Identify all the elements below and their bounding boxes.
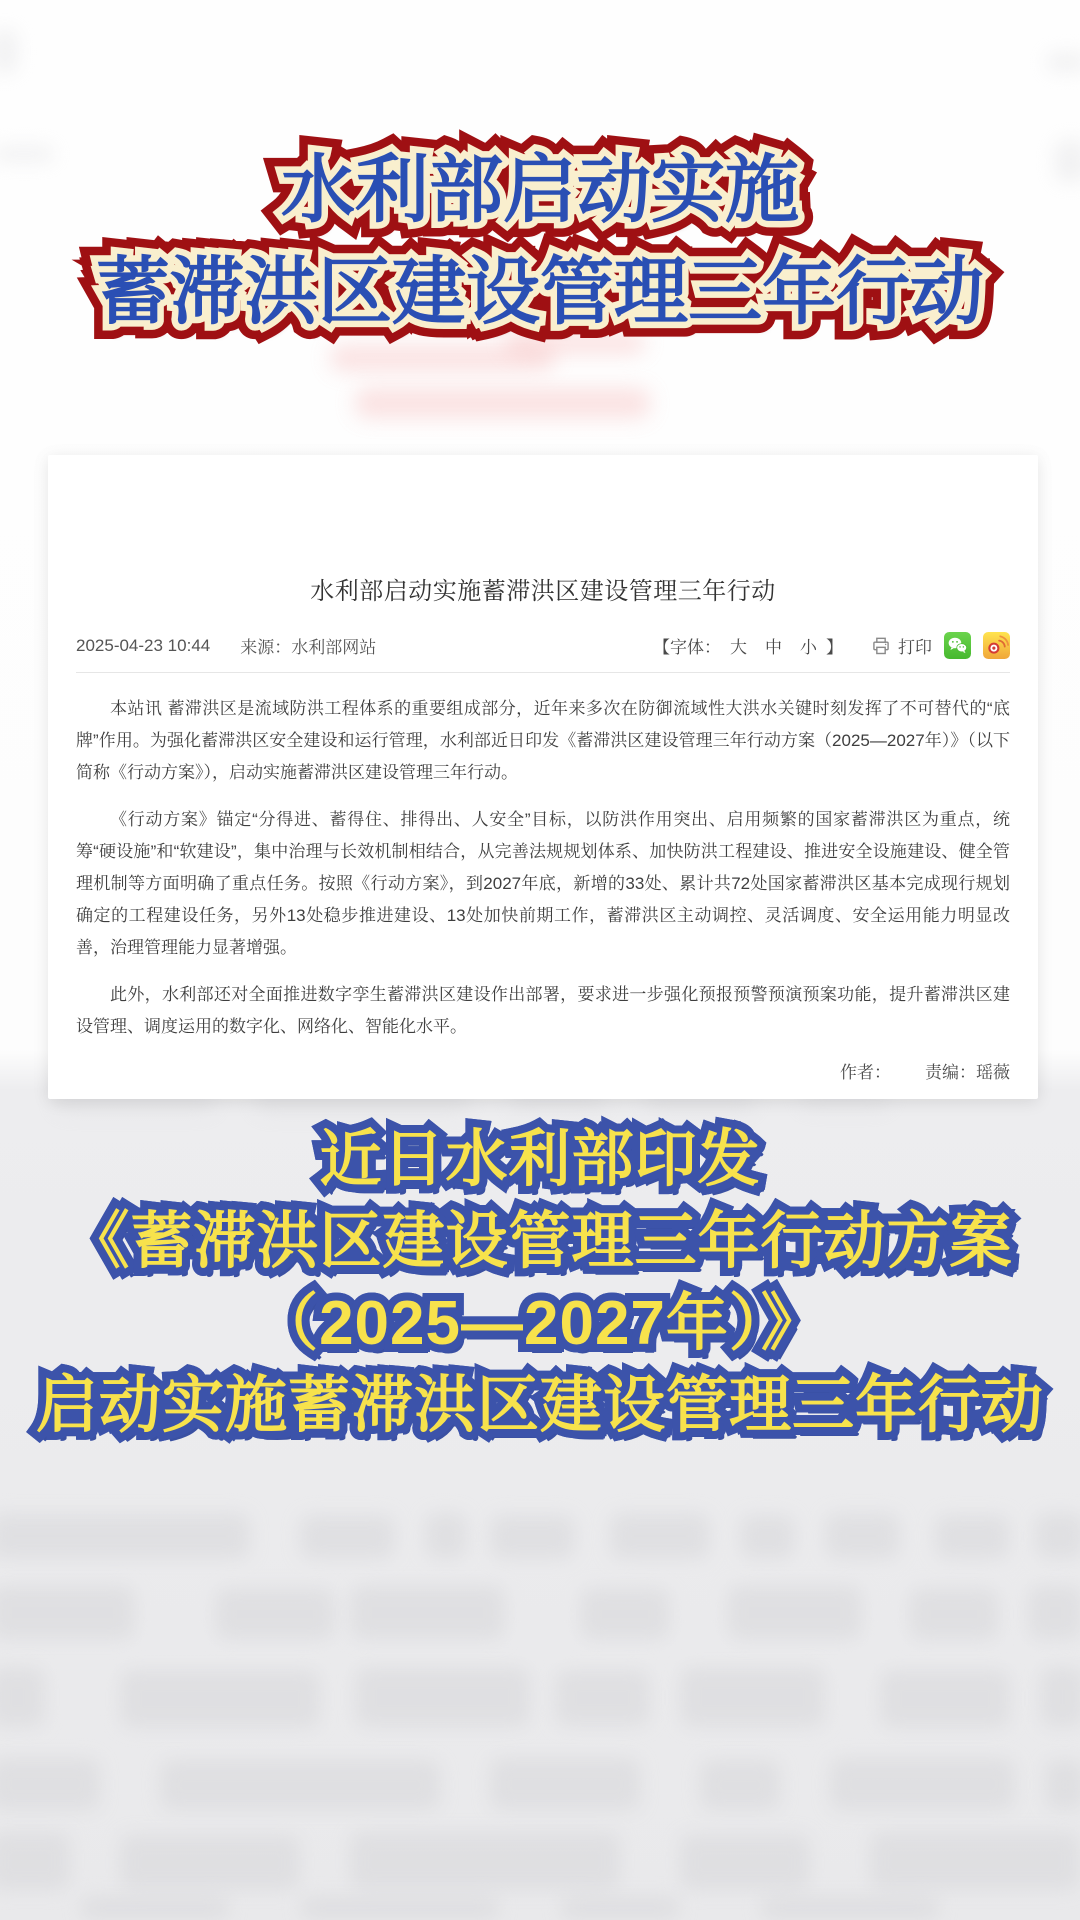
print-button[interactable]: 打印 <box>871 633 932 658</box>
blur-smudge <box>350 1585 505 1640</box>
bottom-banner-line1: 近日水利部印发 <box>319 1128 760 1192</box>
blur-smudge <box>300 1515 395 1559</box>
page: 水利部启动实施 蓄滞洪区建设管理三年行动 水利部启动实施蓄滞洪区建设管理三年行动… <box>0 0 1080 1920</box>
article-paragraph-3: 此外，水利部还对全面推进数字孪生蓄滞洪区建设作出部署，要求进一步强化预报预警预演… <box>76 979 1010 1043</box>
blur-smudge <box>700 1760 780 1810</box>
article-title: 水利部启动实施蓄滞洪区建设管理三年行动 <box>76 571 1010 606</box>
blur-smudge <box>120 1835 300 1890</box>
editor-label: 责编：瑶薇 <box>925 1058 1010 1083</box>
article-body: 本站讯 蓄滞洪区是流域防洪工程体系的重要组成部分，近年来多次在防御流域性大洪水关… <box>76 693 1010 1043</box>
bottom-banner-line3: （2025—2027年）》 <box>256 1292 824 1356</box>
blur-smudge <box>160 1760 440 1810</box>
blur-smudge <box>580 1588 670 1640</box>
blur-smudge <box>350 1832 620 1890</box>
blur-smudge <box>80 1896 230 1920</box>
bottom-banner-row4: 启动实施蓄滞洪区建设管理三年行动 <box>0 1374 1080 1438</box>
blur-smudge <box>0 1832 70 1890</box>
top-banner-line1: 水利部启动实施 <box>281 142 799 238</box>
font-size-large-button[interactable]: 大 <box>730 633 747 658</box>
bottom-banner-line4: 启动实施蓄滞洪区建设管理三年行动 <box>36 1374 1044 1438</box>
blur-smudge <box>935 1515 1010 1559</box>
blur-smudge <box>1035 1513 1080 1559</box>
blur-smudge <box>0 1758 100 1810</box>
weibo-share-icon[interactable] <box>983 632 1010 659</box>
top-banner: 水利部启动实施 蓄滞洪区建设管理三年行动 <box>0 142 1080 346</box>
blur-smudge <box>830 1758 1015 1810</box>
blur-smudge <box>555 1670 650 1726</box>
article-meta-bar: 2025-04-23 10:44 来源：水利部网站 【字体： 大 中 小 】 <box>76 632 1010 673</box>
article-source: 来源：水利部网站 <box>240 633 376 658</box>
blur-smudge <box>0 1667 45 1727</box>
blur-smudge <box>1028 1585 1080 1640</box>
publish-datetime: 2025-04-23 10:44 <box>76 636 210 656</box>
blur-smudge <box>760 1896 940 1920</box>
blur-smudge <box>870 1832 1080 1890</box>
blur-smudge <box>1045 1760 1080 1810</box>
blur-smudge <box>727 1585 862 1640</box>
print-label: 打印 <box>898 633 932 658</box>
font-size-label-open: 【字体： <box>653 633 721 658</box>
top-banner-line2: 蓄滞洪区建设管理三年行动 <box>96 244 984 340</box>
printer-icon <box>871 636 891 656</box>
font-size-small-button[interactable]: 小 <box>800 633 817 658</box>
wechat-share-icon[interactable] <box>944 632 971 659</box>
font-size-medium-button[interactable]: 中 <box>765 633 782 658</box>
author-label: 作者： <box>840 1058 891 1083</box>
blur-smudge <box>490 1515 575 1559</box>
blur-smudge-pink <box>355 388 650 418</box>
blur-smudge <box>0 28 18 74</box>
article-card: 水利部启动实施蓄滞洪区建设管理三年行动 2025-04-23 10:44 来源：… <box>48 455 1038 1099</box>
bottom-banner-row2: 《蓄滞洪区建设管理三年行动方案 <box>0 1210 1080 1274</box>
blur-smudge <box>680 1667 825 1727</box>
blur-smudge <box>560 1896 680 1920</box>
blur-smudge <box>120 1670 320 1728</box>
blur-smudge <box>490 1758 640 1810</box>
article-paragraph-1: 本站讯 蓄滞洪区是流域防洪工程体系的重要组成部分，近年来多次在防御流域性大洪水关… <box>76 693 1010 789</box>
blur-smudge <box>0 1513 250 1559</box>
blur-smudge <box>425 1513 467 1559</box>
blur-smudge <box>215 1588 335 1640</box>
author-row: 作者： 责编：瑶薇 <box>76 1058 1010 1083</box>
bottom-banner-row3: （2025—2027年）》 <box>0 1292 1080 1356</box>
article-paragraph-2: 《行动方案》锚定“分得进、蓄得住、排得出、人安全”目标，以防洪作用突出、启用频繁… <box>76 804 1010 964</box>
blur-smudge <box>680 1835 810 1890</box>
bottom-banner-row1: 近日水利部印发 <box>0 1128 1080 1192</box>
blur-smudge <box>740 1515 795 1559</box>
blur-smudge <box>909 1588 999 1640</box>
blur-smudge <box>300 1896 500 1920</box>
blur-smudge <box>355 1667 530 1727</box>
top-banner-row1: 水利部启动实施 <box>0 142 1080 238</box>
bottom-banner: 近日水利部印发 《蓄滞洪区建设管理三年行动方案 （2025—2027年）》 启动… <box>0 1128 1080 1456</box>
top-banner-row2: 蓄滞洪区建设管理三年行动 <box>0 244 1080 340</box>
blur-smudge <box>610 1513 710 1559</box>
blur-smudge <box>1040 1667 1080 1727</box>
font-size-label-close: 】 <box>826 633 843 658</box>
blur-smudge <box>825 1513 900 1559</box>
article-meta-right: 【字体： 大 中 小 】 打印 <box>653 632 1010 659</box>
blur-smudge <box>1046 52 1080 72</box>
blur-smudge <box>880 1670 1010 1728</box>
blur-smudge <box>0 1585 135 1640</box>
bottom-banner-line2: 《蓄滞洪区建设管理三年行动方案 <box>67 1210 1012 1274</box>
article-meta-left: 2025-04-23 10:44 来源：水利部网站 <box>76 633 376 658</box>
